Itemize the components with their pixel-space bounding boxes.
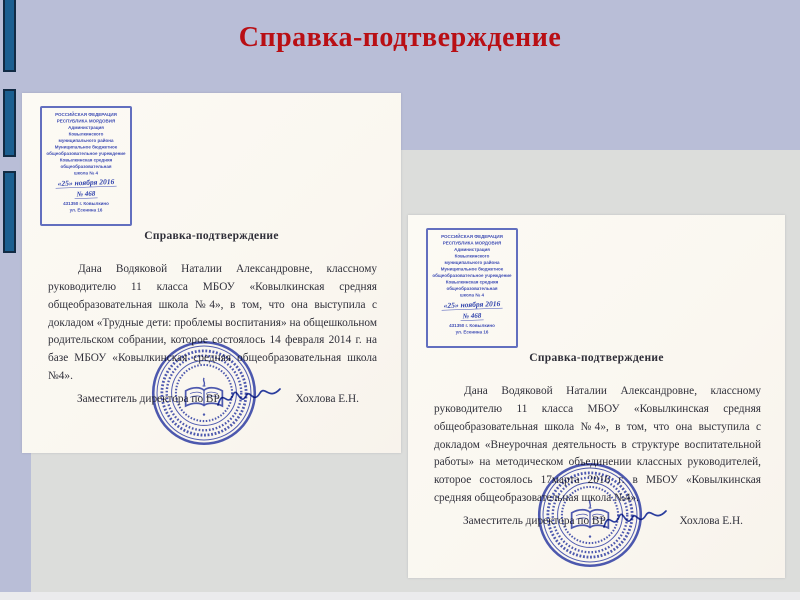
letterhead-stamp: РОССИЙСКАЯ ФЕДЕРАЦИЯРЕСПУБЛИКА МОРДОВИЯА… xyxy=(426,228,518,348)
certificate-heading: Справка-подтверждение xyxy=(22,230,401,242)
scanned-certificate-1: РОССИЙСКАЯ ФЕДЕРАЦИЯРЕСПУБЛИКА МОРДОВИЯА… xyxy=(22,93,401,453)
stamp-line: школа № 4 xyxy=(428,292,516,299)
stamp-line: ул. Есенина 16 xyxy=(428,329,516,336)
letterhead-stamp-text: РОССИЙСКАЯ ФЕДЕРАЦИЯРЕСПУБЛИКА МОРДОВИЯА… xyxy=(42,108,130,213)
seal-bottom-dot xyxy=(589,535,591,537)
signature-name: Хохлова Е.Н. xyxy=(680,515,743,527)
accent-bar-3 xyxy=(3,171,16,253)
signature-name: Хохлова Е.Н. xyxy=(296,393,359,405)
letterhead-stamp: РОССИЙСКАЯ ФЕДЕРАЦИЯРЕСПУБЛИКА МОРДОВИЯА… xyxy=(40,106,132,226)
stamp-line: ул. Есенина 16 xyxy=(42,207,130,214)
torch-icon xyxy=(589,500,592,508)
signature-autograph xyxy=(214,381,284,415)
accent-bar-2 xyxy=(3,89,16,157)
certificate-heading: Справка-подтверждение xyxy=(408,352,785,364)
signature-autograph xyxy=(600,503,670,537)
seal-bottom-dot xyxy=(203,413,205,415)
bottom-strip xyxy=(0,592,800,600)
stamp-line: школа № 4 xyxy=(42,170,130,177)
scanned-certificate-2: РОССИЙСКАЯ ФЕДЕРАЦИЯРЕСПУБЛИКА МОРДОВИЯА… xyxy=(408,215,785,578)
letterhead-stamp-text: РОССИЙСКАЯ ФЕДЕРАЦИЯРЕСПУБЛИКА МОРДОВИЯА… xyxy=(428,230,516,335)
torch-icon xyxy=(203,378,206,386)
slide-title: Справка-подтверждение xyxy=(0,22,800,54)
